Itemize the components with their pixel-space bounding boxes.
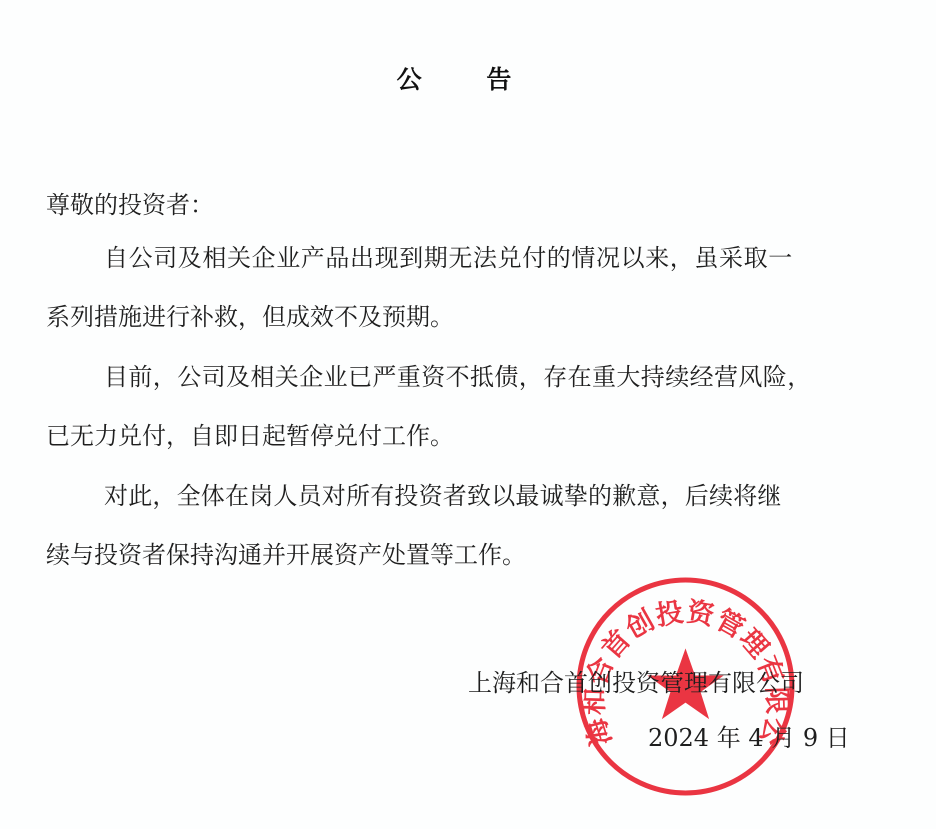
paragraph-3-line-1: 对此，全体在岗人员对所有投资者致以最诚挚的歉意，后续将继 bbox=[104, 476, 782, 516]
signature-date: 2024 年 4 月 9 日 bbox=[648, 718, 850, 758]
document-title: 公 告 bbox=[0, 60, 936, 100]
signature-company: 上海和合首创投资管理有限公司 bbox=[468, 663, 804, 703]
salutation: 尊敬的投资者： bbox=[46, 185, 214, 225]
announcement-page: 公 告 尊敬的投资者： 自公司及相关企业产品出现到期无法兑付的情况以来，虽采取一… bbox=[0, 0, 936, 829]
paragraph-2-line-1: 目前，公司及相关企业已严重资不抵债，存在重大持续经营风险， bbox=[104, 357, 812, 397]
paragraph-3-line-2: 续与投资者保持沟通并开展资产处置等工作。 bbox=[46, 535, 526, 575]
paragraph-2-line-2: 已无力兑付，自即日起暂停兑付工作。 bbox=[46, 416, 454, 456]
paragraph-1-line-2: 系列措施进行补救，但成效不及预期。 bbox=[46, 297, 454, 337]
paragraph-1-line-1: 自公司及相关企业产品出现到期无法兑付的情况以来，虽采取一 bbox=[104, 238, 793, 278]
